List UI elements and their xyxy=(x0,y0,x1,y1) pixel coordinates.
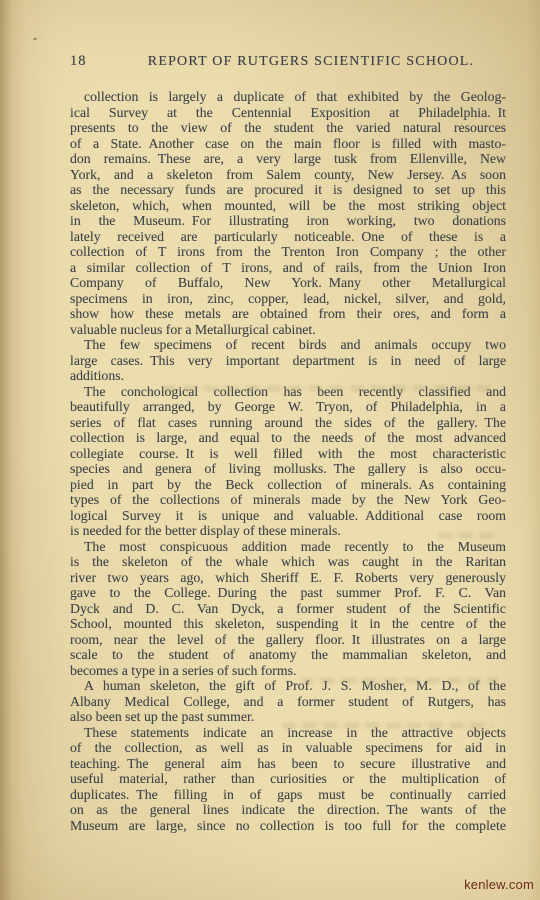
paragraph: The most conspicuous addition made recen… xyxy=(70,539,506,679)
text-line: collection is largely a duplicate of tha… xyxy=(70,89,506,105)
text-line: Company of Buffalo, New York. Many other… xyxy=(70,275,506,291)
text-line: logical Survey it is unique and valuable… xyxy=(70,508,506,524)
text-line: valuable nucleus for a Metallurgical cab… xyxy=(70,322,506,338)
text-line: The most conspicuous addition made recen… xyxy=(70,539,506,555)
text-line: don remains. These are, a very large tus… xyxy=(70,151,506,167)
text-line: beautifully arranged, by George W. Tryon… xyxy=(70,399,506,415)
text-line: collegiate course. It is well filled wit… xyxy=(70,446,506,462)
text-line: a similar collection of T irons, and of … xyxy=(70,260,506,276)
text-line: Museum are large, since no collection is… xyxy=(70,818,506,834)
text-line: gave to the College. During the past sum… xyxy=(70,585,506,601)
text-line: is needed for the better display of thes… xyxy=(70,523,506,539)
page-header: 18 REPORT OF RUTGERS SCIENTIFIC SCHOOL. xyxy=(70,53,506,71)
text-line: The conchological collection has been re… xyxy=(70,384,506,400)
text-line: teaching. The general aim has been to se… xyxy=(70,756,506,772)
text-line: specimens in iron, zinc, copper, lead, n… xyxy=(70,291,506,307)
text-line: of a State. Another case on the main flo… xyxy=(70,136,506,152)
paragraph: The conchological collection has been re… xyxy=(70,384,506,539)
text-line: becomes a type in a series of such forms… xyxy=(70,663,506,679)
text-line: duplicates. The filling in of gaps must … xyxy=(70,787,506,803)
text-line: skeleton, which, when mounted, will be t… xyxy=(70,198,506,214)
paper-speck xyxy=(33,37,37,40)
text-line: is the skeleton of the whale which was c… xyxy=(70,554,506,570)
text-line: useful material, rather than curiosities… xyxy=(70,771,506,787)
text-line: School, mounted this skeleton, suspendin… xyxy=(70,616,506,632)
text-line: scale to the student of anatomy the mamm… xyxy=(70,647,506,663)
running-header: REPORT OF RUTGERS SCIENTIFIC SCHOOL. xyxy=(116,54,506,70)
text-line: river two years ago, which Sheriff E. F.… xyxy=(70,570,506,586)
watermark: kenlew.com xyxy=(464,877,534,892)
text-line: Dyck and D. C. Van Dyck, a former studen… xyxy=(70,601,506,617)
paragraph: The few specimens of recent birds and an… xyxy=(70,337,506,384)
text-line: The few specimens of recent birds and an… xyxy=(70,337,506,353)
text-line: presents to the view of the student the … xyxy=(70,120,506,136)
text-line: lately received are particularly noticea… xyxy=(70,229,506,245)
text-line: pied in part by the Beck collection of m… xyxy=(70,477,506,493)
paragraph: collection is largely a duplicate of tha… xyxy=(70,89,506,337)
book-page: 18 REPORT OF RUTGERS SCIENTIFIC SCHOOL. … xyxy=(0,0,540,900)
text-line: also been set up the past summer. xyxy=(70,709,506,725)
text-line: collection of T irons from the Trenton I… xyxy=(70,244,506,260)
text-line: A human skeleton, the gift of Prof. J. S… xyxy=(70,678,506,694)
page-number: 18 xyxy=(70,53,116,70)
text-line: These statements indicate an increase in… xyxy=(70,725,506,741)
text-line: additions. xyxy=(70,368,506,384)
text-line: series of flat cases running around the … xyxy=(70,415,506,431)
text-line: collection is large, and equal to the ne… xyxy=(70,430,506,446)
body-text: collection is largely a duplicate of tha… xyxy=(70,89,506,833)
text-line: Albany Medical College, and a former stu… xyxy=(70,694,506,710)
text-line: ical Survey at the Centennial Exposition… xyxy=(70,105,506,121)
text-line: room, near the level of the gallery floo… xyxy=(70,632,506,648)
text-line: of the collection, as well as in valuabl… xyxy=(70,740,506,756)
paragraph: A human skeleton, the gift of Prof. J. S… xyxy=(70,678,506,725)
paragraph: These statements indicate an increase in… xyxy=(70,725,506,834)
text-line: in the Museum. For illustrating iron wor… xyxy=(70,213,506,229)
text-line: on as the general lines indicate the dir… xyxy=(70,802,506,818)
text-line: species and genera of living mollusks. T… xyxy=(70,461,506,477)
text-line: show how these metals are obtained from … xyxy=(70,306,506,322)
text-line: York, and a skeleton from Salem county, … xyxy=(70,167,506,183)
text-line: as the necessary funds are procured it i… xyxy=(70,182,506,198)
text-line: types of the collections of minerals mad… xyxy=(70,492,506,508)
text-line: large cases. This very important departm… xyxy=(70,353,506,369)
